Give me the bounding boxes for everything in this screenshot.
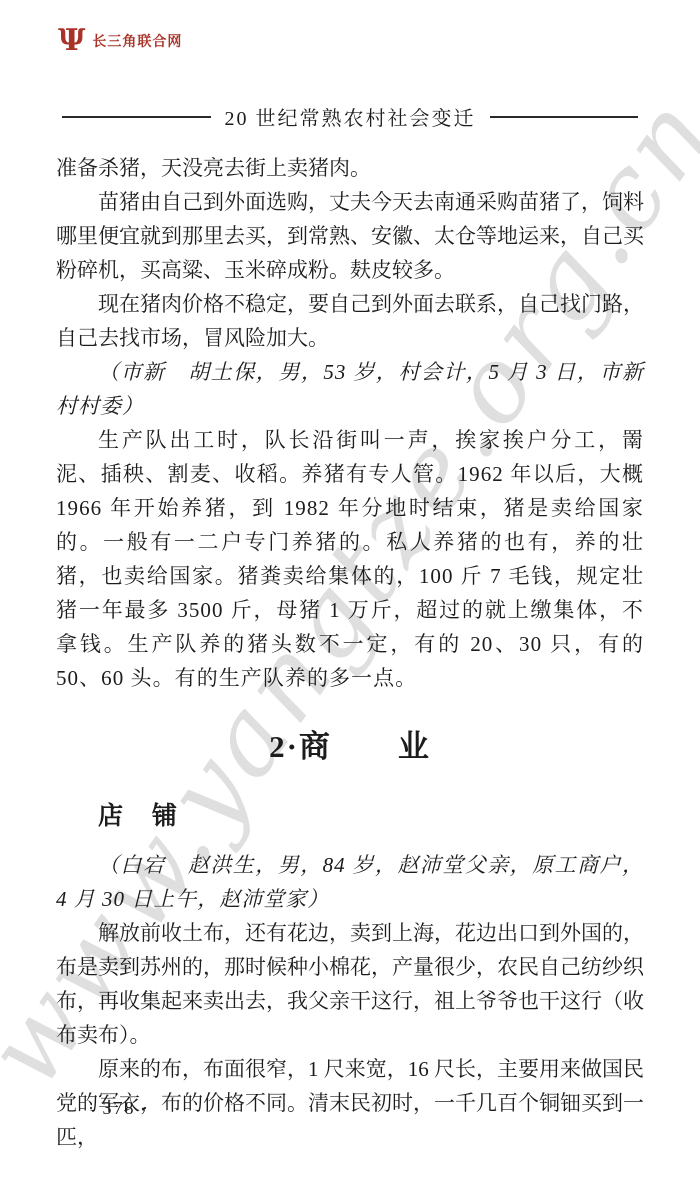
page-number: · 378 · [88, 1098, 150, 1119]
paragraph-continuation: 准备杀猪，天没亮去街上卖猪肉。 [56, 151, 644, 185]
site-name-label: 长三角联合网 [92, 31, 182, 51]
interview-attribution: （白宕 赵洪生，男，84 岁，赵沛堂父亲，原工商户，4 月 30 日上午，赵沛堂… [56, 848, 644, 916]
paragraph: 解放前收土布，还有花边，卖到上海，花边出口到外国的，布是卖到苏州的，那时候种小棉… [56, 916, 644, 1052]
header-rule-left [62, 116, 211, 118]
scanned-book-page: www.yangtze.org.cn Ψ 长三角联合网 20 世纪常熟农村社会变… [0, 0, 700, 1180]
section-heading-commerce: 2·商 业 [0, 721, 700, 766]
paragraph: 苗猪由自己到外面选购，丈夫今天去南通采购苗猪了，饲料哪里便宜就到那里去买，到常熟… [56, 185, 644, 287]
body-text-block-1: 准备杀猪，天没亮去街上卖猪肉。 苗猪由自己到外面选购，丈夫今天去南通采购苗猪了，… [0, 151, 700, 695]
subsection-heading-shops: 店 铺 [0, 796, 700, 832]
running-head: 20 世纪常熟农村社会变迁 [0, 102, 700, 131]
header-rule-right [490, 116, 639, 118]
interview-attribution: （市新 胡土保，男，53 岁，村会计，5 月 3 日，市新村村委） [56, 355, 644, 423]
page-content: Ψ 长三角联合网 20 世纪常熟农村社会变迁 准备杀猪，天没亮去街上卖猪肉。 苗… [0, 0, 700, 1154]
site-logo: Ψ 长三角联合网 [0, 0, 700, 56]
paragraph: 生产队出工时，队长沿街叫一声，挨家挨户分工，罱泥、插秧、割麦、收稻。养猪有专人管… [56, 423, 644, 695]
book-title: 20 世纪常熟农村社会变迁 [211, 102, 490, 131]
trident-logo-icon: Ψ [58, 26, 85, 56]
paragraph: 现在猪肉价格不稳定，要自己到外面去联系，自己找门路，自己去找市场，冒风险加大。 [56, 287, 644, 355]
